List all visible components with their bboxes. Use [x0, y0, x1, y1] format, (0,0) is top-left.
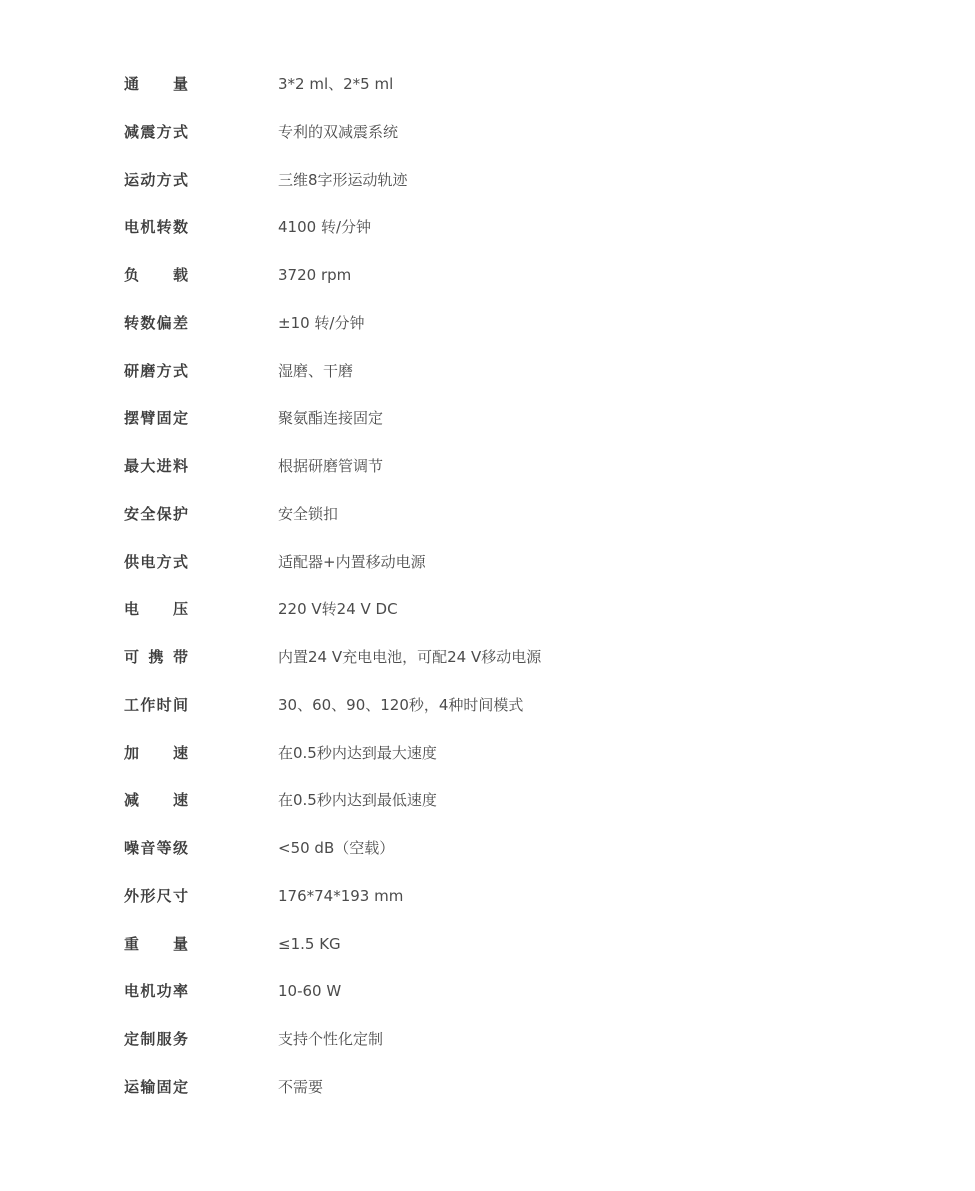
- spec-row: 运输固定 不需要: [124, 1073, 884, 1121]
- spec-row: 加速 在0.5秒内达到最大速度: [124, 739, 884, 787]
- spec-row: 最大进料 根据研磨管调节: [124, 452, 884, 500]
- spec-value: 30、60、90、120秒，4种时间模式: [278, 697, 523, 714]
- spec-label: 噪音等级: [124, 840, 188, 857]
- spec-value: 220 V转24 V DC: [278, 601, 398, 618]
- spec-value: 3*2 ml、2*5 ml: [278, 76, 393, 93]
- spec-value: <50 dB（空载）: [278, 840, 394, 857]
- spec-label: 安全保护: [124, 506, 188, 523]
- spec-row: 转数偏差 ±10 转/分钟: [124, 309, 884, 357]
- spec-value: 3720 rpm: [278, 267, 351, 284]
- spec-row: 减速 在0.5秒内达到最低速度: [124, 786, 884, 834]
- spec-label: 减震方式: [124, 124, 188, 141]
- spec-row: 外形尺寸 176*74*193 mm: [124, 882, 884, 930]
- spec-value: 内置24 V充电电池，可配24 V移动电源: [278, 649, 541, 666]
- spec-label: 电压: [124, 601, 188, 618]
- spec-value: 根据研磨管调节: [278, 458, 383, 475]
- spec-value: 不需要: [278, 1079, 323, 1096]
- spec-row: 噪音等级 <50 dB（空载）: [124, 834, 884, 882]
- spec-value: 10-60 W: [278, 983, 341, 1000]
- spec-row: 负载 3720 rpm: [124, 261, 884, 309]
- spec-row: 电压 220 V转24 V DC: [124, 595, 884, 643]
- spec-row: 研磨方式 湿磨、干磨: [124, 357, 884, 405]
- spec-label: 定制服务: [124, 1031, 188, 1048]
- spec-label: 研磨方式: [124, 363, 188, 380]
- spec-row: 电机功率 10-60 W: [124, 977, 884, 1025]
- spec-label: 电机转数: [124, 219, 188, 236]
- spec-row: 定制服务 支持个性化定制: [124, 1025, 884, 1073]
- spec-value: 湿磨、干磨: [278, 363, 353, 380]
- spec-label: 重量: [124, 936, 188, 953]
- spec-value: 在0.5秒内达到最大速度: [278, 745, 437, 762]
- spec-row: 工作时间 30、60、90、120秒，4种时间模式: [124, 691, 884, 739]
- spec-value: 适配器+内置移动电源: [278, 554, 426, 571]
- spec-row: 通量 3*2 ml、2*5 ml: [124, 70, 884, 118]
- spec-label: 运输固定: [124, 1079, 188, 1096]
- spec-row: 减震方式 专利的双减震系统: [124, 118, 884, 166]
- spec-value: 专利的双减震系统: [278, 124, 398, 141]
- spec-label: 最大进料: [124, 458, 188, 475]
- spec-label: 外形尺寸: [124, 888, 188, 905]
- spec-row: 摆臂固定 聚氨酯连接固定: [124, 404, 884, 452]
- spec-row: 电机转数 4100 转/分钟: [124, 213, 884, 261]
- spec-row: 可携带 内置24 V充电电池，可配24 V移动电源: [124, 643, 884, 691]
- spec-row: 重量 ≤1.5 KG: [124, 930, 884, 978]
- spec-value: ±10 转/分钟: [278, 315, 364, 332]
- spec-label: 加速: [124, 745, 188, 762]
- spec-value: 支持个性化定制: [278, 1031, 383, 1048]
- spec-label: 运动方式: [124, 172, 188, 189]
- spec-value: 安全锁扣: [278, 506, 338, 523]
- spec-value: 聚氨酯连接固定: [278, 410, 383, 427]
- spec-label: 摆臂固定: [124, 410, 188, 427]
- spec-label: 负载: [124, 267, 188, 284]
- spec-label: 转数偏差: [124, 315, 188, 332]
- spec-label: 可携带: [124, 649, 188, 666]
- spec-row: 供电方式 适配器+内置移动电源: [124, 548, 884, 596]
- spec-value: 在0.5秒内达到最低速度: [278, 792, 437, 809]
- spec-value: ≤1.5 KG: [278, 936, 341, 953]
- spec-table: 通量 3*2 ml、2*5 ml 减震方式 专利的双减震系统 运动方式 三维8字…: [124, 70, 884, 1121]
- spec-label: 供电方式: [124, 554, 188, 571]
- spec-label: 工作时间: [124, 697, 188, 714]
- spec-value: 176*74*193 mm: [278, 888, 403, 905]
- spec-value: 4100 转/分钟: [278, 219, 371, 236]
- spec-row: 安全保护 安全锁扣: [124, 500, 884, 548]
- spec-value: 三维8字形运动轨迹: [278, 172, 408, 189]
- spec-label: 电机功率: [124, 983, 188, 1000]
- spec-label: 通量: [124, 76, 188, 93]
- spec-label: 减速: [124, 792, 188, 809]
- spec-row: 运动方式 三维8字形运动轨迹: [124, 166, 884, 214]
